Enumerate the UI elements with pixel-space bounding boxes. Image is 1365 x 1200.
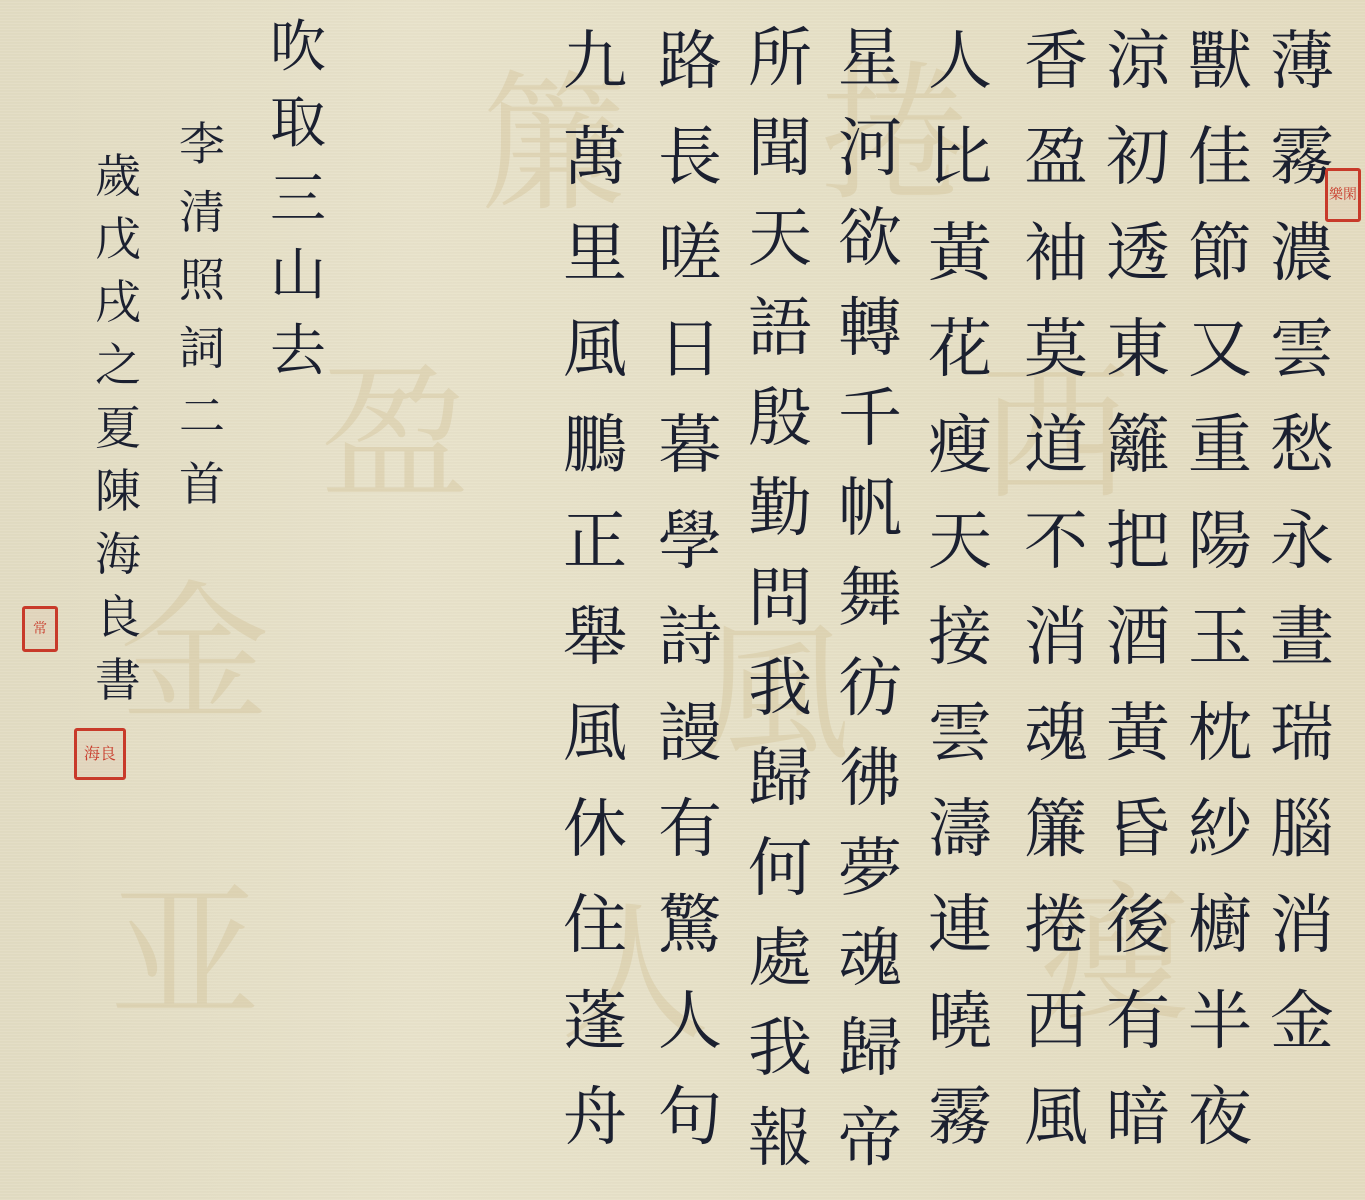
character: 欲 [830, 194, 910, 284]
character: 二 [172, 382, 232, 450]
character: 處 [740, 914, 820, 1004]
character: 暗 [1098, 1070, 1178, 1166]
seal-signature-left: 常 [22, 606, 58, 652]
character: 風 [555, 302, 635, 398]
character: 報 [740, 1094, 820, 1184]
character: 彿 [830, 734, 910, 824]
character: 風 [1016, 1070, 1096, 1166]
character: 休 [555, 782, 635, 878]
character: 夏 [88, 397, 148, 460]
character: 謾 [650, 686, 730, 782]
character: 我 [740, 644, 820, 734]
character: 正 [555, 494, 635, 590]
character: 消 [1262, 878, 1342, 974]
character: 魂 [1016, 686, 1096, 782]
character: 天 [740, 194, 820, 284]
text-column-6: 星河欲轉千帆舞彷彿夢魂歸帝 [830, 14, 910, 1184]
character: 晝 [1262, 590, 1342, 686]
character: 花 [920, 302, 1000, 398]
character: 不 [1016, 494, 1096, 590]
character: 消 [1016, 590, 1096, 686]
character: 節 [1180, 206, 1260, 302]
character: 我 [740, 1004, 820, 1094]
character: 萬 [555, 110, 635, 206]
character: 帆 [830, 464, 910, 554]
character: 初 [1098, 110, 1178, 206]
character: 何 [740, 824, 820, 914]
character: 歸 [830, 1004, 910, 1094]
character: 暮 [650, 398, 730, 494]
character: 黃 [1098, 686, 1178, 782]
character: 殷 [740, 374, 820, 464]
character: 腦 [1262, 782, 1342, 878]
text-column-4: 香盈袖莫道不消魂簾捲西風 [1016, 14, 1096, 1166]
character: 歸 [740, 734, 820, 824]
character: 九 [555, 14, 635, 110]
character: 接 [920, 590, 1000, 686]
character: 驚 [650, 878, 730, 974]
character: 昏 [1098, 782, 1178, 878]
character: 帝 [830, 1094, 910, 1184]
character: 東 [1098, 302, 1178, 398]
character: 人 [920, 14, 1000, 110]
character: 舞 [830, 554, 910, 644]
character: 霧 [920, 1070, 1000, 1166]
character: 取 [258, 86, 338, 162]
character: 酒 [1098, 590, 1178, 686]
text-column-7: 所聞天語殷勤問我歸何處我報 [740, 14, 820, 1184]
character: 語 [740, 284, 820, 374]
character: 濤 [920, 782, 1000, 878]
character: 人 [650, 974, 730, 1070]
character: 陽 [1180, 494, 1260, 590]
text-column-9: 九萬里風鵬正舉風休住蓬舟 [555, 14, 635, 1166]
character: 句 [650, 1070, 730, 1166]
character: 千 [830, 374, 910, 464]
character: 黃 [920, 206, 1000, 302]
character: 籬 [1098, 398, 1178, 494]
text-column-2: 獸佳節又重陽玉枕紗櫥半夜 [1180, 14, 1260, 1166]
character: 金 [1262, 974, 1342, 1070]
character: 山 [258, 238, 338, 314]
character: 曉 [920, 974, 1000, 1070]
character: 吹 [258, 10, 338, 86]
text-column-10: 吹取三山去 [258, 10, 338, 390]
character: 勤 [740, 464, 820, 554]
character: 住 [555, 878, 635, 974]
character: 戊 [88, 208, 148, 271]
character: 歲 [88, 145, 148, 208]
character: 彷 [830, 644, 910, 734]
character: 所 [740, 14, 820, 104]
character: 魂 [830, 914, 910, 1004]
character: 學 [650, 494, 730, 590]
character: 枕 [1180, 686, 1260, 782]
character: 重 [1180, 398, 1260, 494]
character: 簾 [1016, 782, 1096, 878]
text-column-8: 路長嗟日暮學詩謾有驚人句 [650, 14, 730, 1166]
character: 三 [258, 162, 338, 238]
character: 雲 [1262, 302, 1342, 398]
signature-column: 歲戊戌之夏陳海良書 [88, 145, 148, 712]
character: 風 [555, 686, 635, 782]
character: 問 [740, 554, 820, 644]
character: 盈 [1016, 110, 1096, 206]
character: 捲 [1016, 878, 1096, 974]
character: 西 [1016, 974, 1096, 1070]
character: 書 [88, 649, 148, 712]
character: 路 [650, 14, 730, 110]
text-column-5: 人比黃花瘦天接雲濤連曉霧 [920, 14, 1000, 1166]
character: 照 [172, 246, 232, 314]
seal-top-right: 樂閑 [1325, 168, 1361, 222]
character: 有 [650, 782, 730, 878]
character: 李 [172, 110, 232, 178]
character: 長 [650, 110, 730, 206]
character: 涼 [1098, 14, 1178, 110]
character: 詩 [650, 590, 730, 686]
character: 鵬 [555, 398, 635, 494]
character: 舉 [555, 590, 635, 686]
character: 天 [920, 494, 1000, 590]
character: 又 [1180, 302, 1260, 398]
character: 詞 [172, 314, 232, 382]
character: 薄 [1262, 14, 1342, 110]
character: 聞 [740, 104, 820, 194]
character: 蓬 [555, 974, 635, 1070]
character: 良 [88, 586, 148, 649]
character: 道 [1016, 398, 1096, 494]
character: 舟 [555, 1070, 635, 1166]
character: 佳 [1180, 110, 1260, 206]
character: 去 [258, 314, 338, 390]
character: 比 [920, 110, 1000, 206]
character: 海 [88, 523, 148, 586]
character: 永 [1262, 494, 1342, 590]
character: 半 [1180, 974, 1260, 1070]
seal-signature-bottom: 海良 [74, 728, 126, 780]
character: 里 [555, 206, 635, 302]
character: 陳 [88, 460, 148, 523]
character: 雲 [920, 686, 1000, 782]
character: 瘦 [920, 398, 1000, 494]
character: 把 [1098, 494, 1178, 590]
character: 夜 [1180, 1070, 1260, 1166]
character: 後 [1098, 878, 1178, 974]
character: 首 [172, 450, 232, 518]
character: 袖 [1016, 206, 1096, 302]
text-column-3: 涼初透東籬把酒黃昏後有暗 [1098, 14, 1178, 1166]
attribution-column: 李清照詞二首 [172, 110, 232, 518]
character: 愁 [1262, 398, 1342, 494]
character: 莫 [1016, 302, 1096, 398]
character: 轉 [830, 284, 910, 374]
character: 之 [88, 334, 148, 397]
character: 戌 [88, 271, 148, 334]
character: 櫥 [1180, 878, 1260, 974]
character: 瑞 [1262, 686, 1342, 782]
character: 夢 [830, 824, 910, 914]
character: 河 [830, 104, 910, 194]
character: 日 [650, 302, 730, 398]
character: 獸 [1180, 14, 1260, 110]
character: 香 [1016, 14, 1096, 110]
character: 連 [920, 878, 1000, 974]
character: 清 [172, 178, 232, 246]
character: 紗 [1180, 782, 1260, 878]
character: 玉 [1180, 590, 1260, 686]
character: 有 [1098, 974, 1178, 1070]
character: 透 [1098, 206, 1178, 302]
character: 星 [830, 14, 910, 104]
character: 嗟 [650, 206, 730, 302]
